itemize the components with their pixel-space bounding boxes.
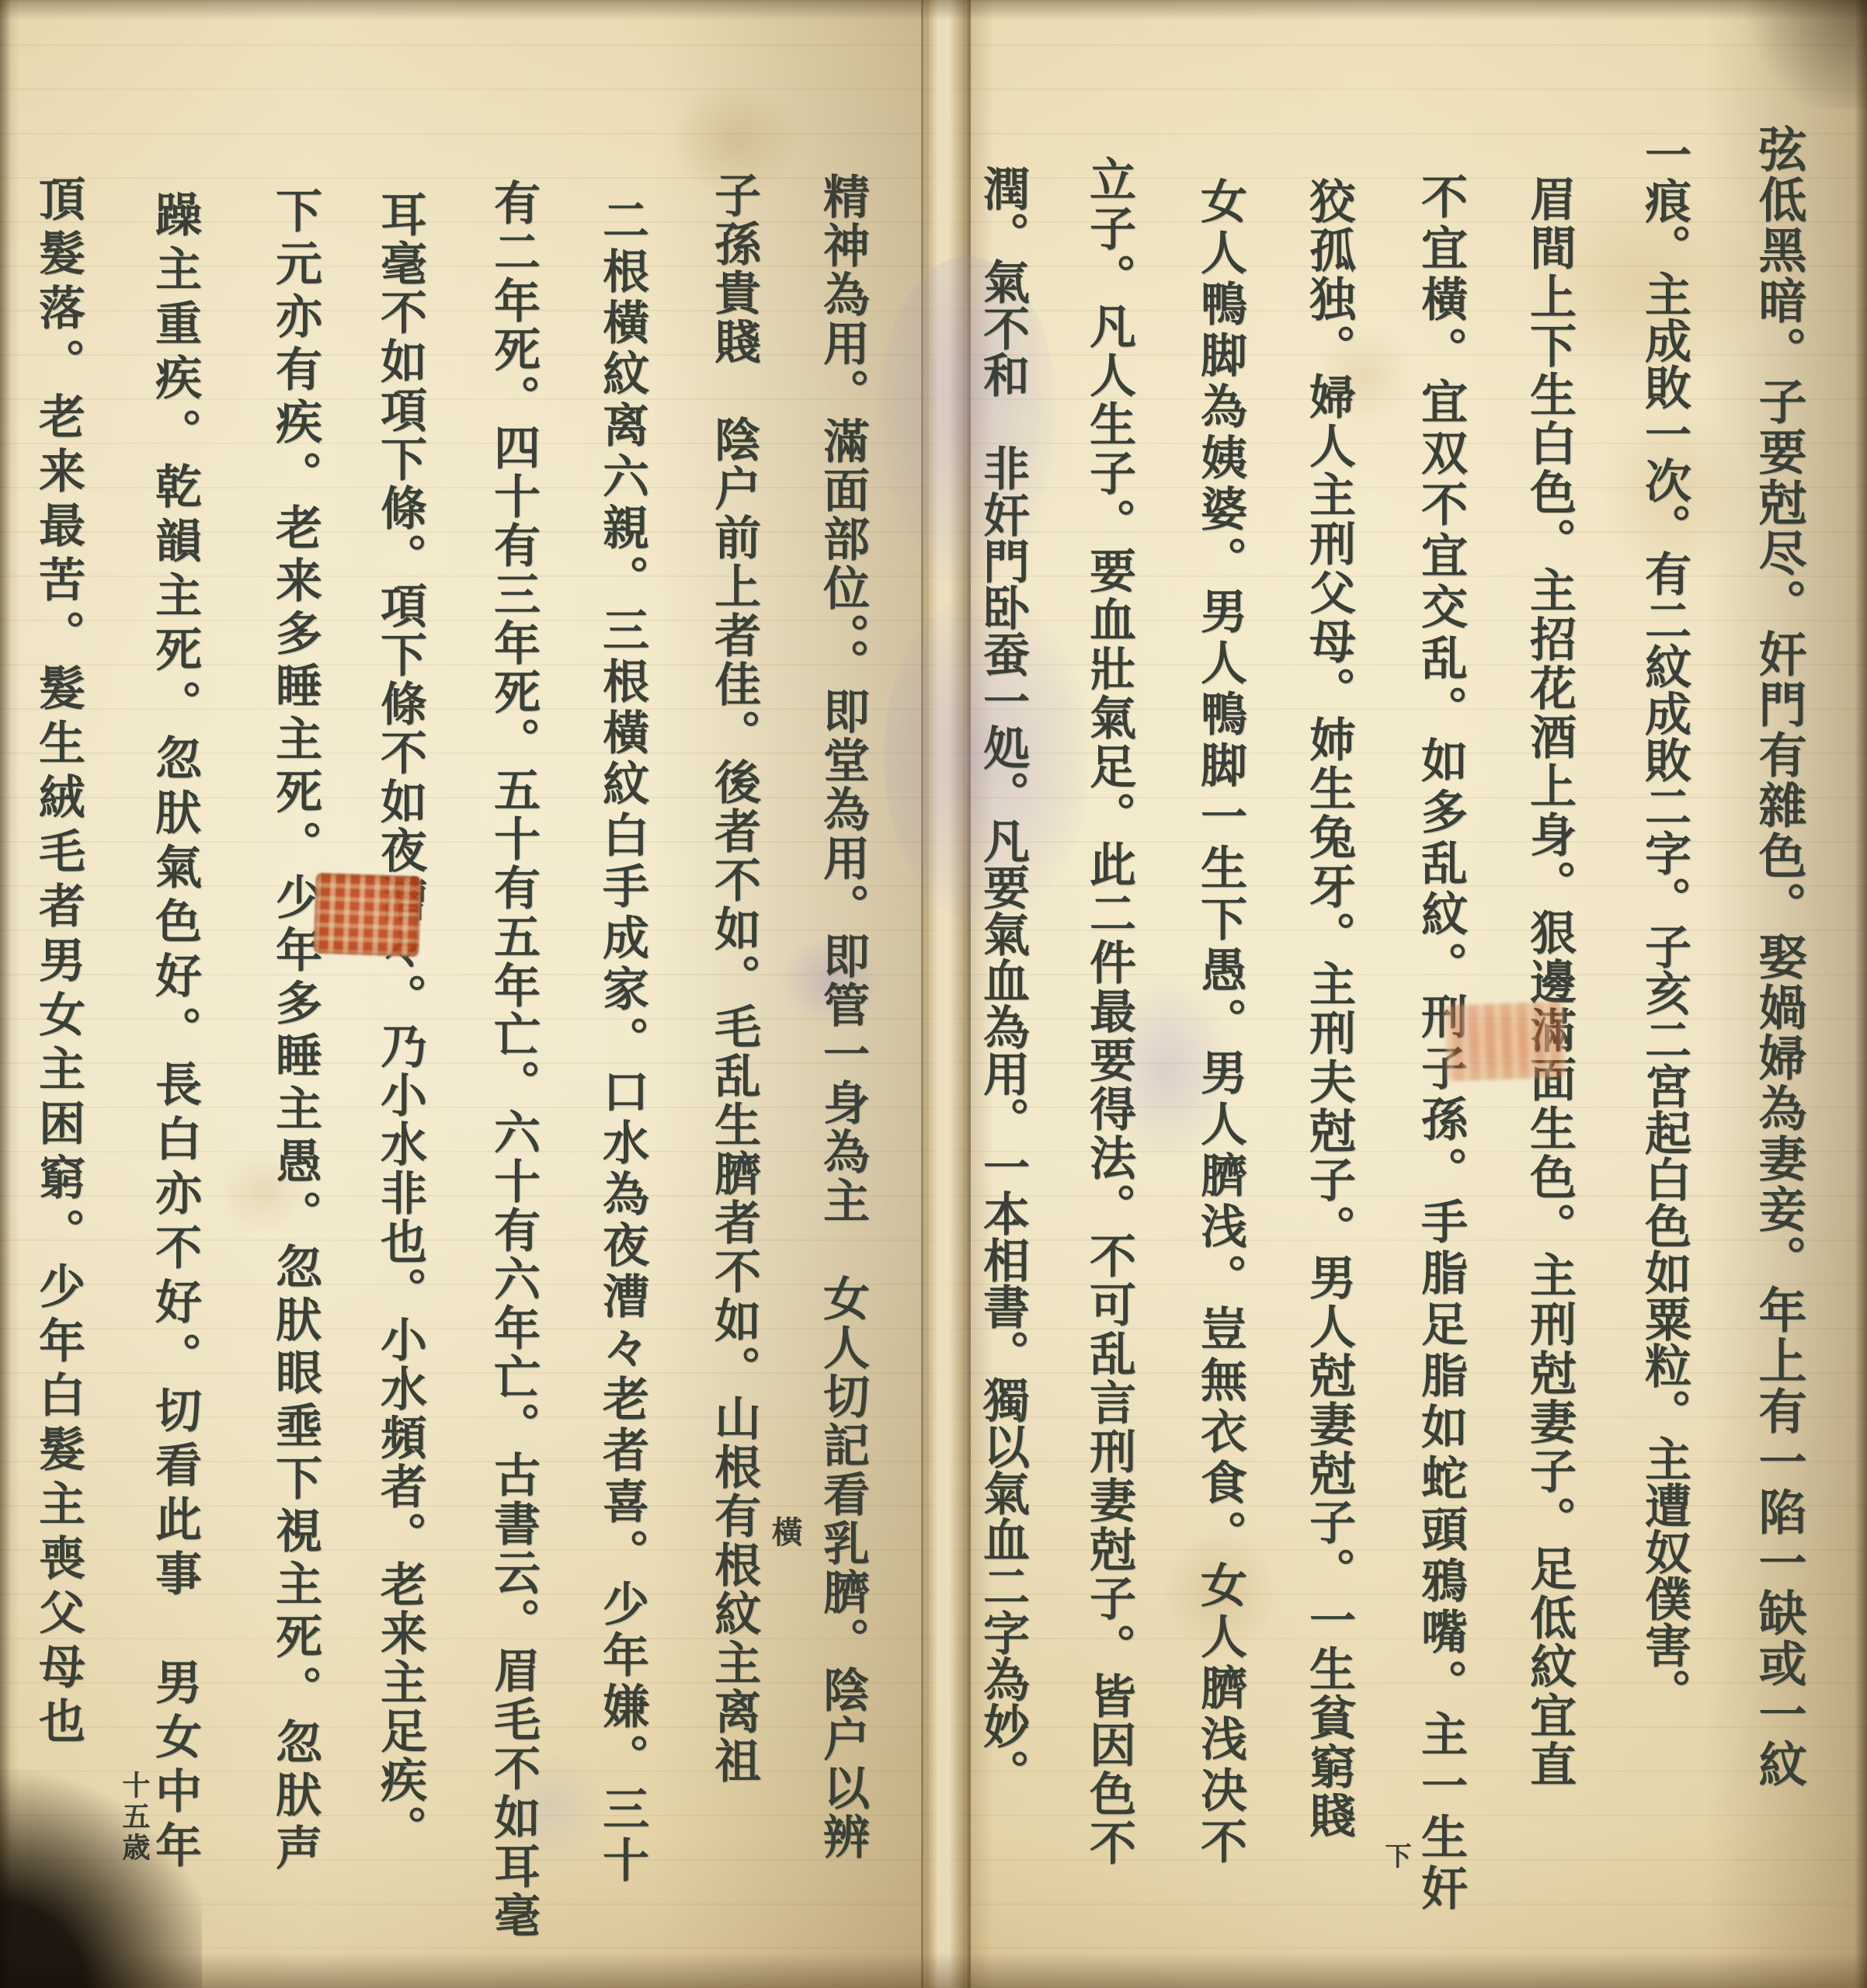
red-seal-stamp <box>313 873 422 958</box>
text-column-left-4: 有二年死。四十有三年死。五十有五年亡。六十有六年亡。古書云。眉毛不如耳毫 <box>495 179 547 1940</box>
page-edge-shadow <box>1727 0 1867 109</box>
manuscript-photo: 弦低黑暗。子要尅尽。奸門有雜色。娶媧婦為妻妾。年上有一陷一缺或一紋 一痕。主成敗… <box>0 0 1867 1988</box>
page-edge-shadow <box>0 1952 1867 1988</box>
text-column-left-5: 耳毫不如項下條。項下條不如夜漕々。乃小水非也。小水頻者。老来主足疾。 <box>382 190 433 1854</box>
text-column-left-7: 躁主重疾。乾韻主死。忽肰氣色好。長白亦不好。切看此事 男女中年 <box>157 190 208 1875</box>
text-column-right-1: 弦低黑暗。子要尅尽。奸門有雜色。娶媧婦為妻妾。年上有一陷一缺或一紋 <box>1761 124 1813 1790</box>
page-edge-shadow <box>1855 0 1867 1988</box>
page-edge-shadow <box>0 0 11 1988</box>
text-column-left-3: 二根橫紋离六親。三根橫紋白手成家。口水為夜漕々老者喜。少年嫌。三十 <box>604 196 655 1887</box>
page-edge-shadow <box>0 0 1867 20</box>
text-column-left-8: 頂髮落。老来最苦。髮生絨毛者男女主困窮。少年白髮主喪父母也 <box>40 175 92 1751</box>
text-column-right-3: 眉間上下生白色。主招花酒上身。狠邊滿面生色。主刑尅妻子。足低紋宜直 <box>1531 175 1583 1789</box>
text-column-right-5: 狡孤独。婦人主刑父母。姉生兔牙。主刑夫尅子。男人尅妻尅子。一生貧窮賤 <box>1311 177 1362 1840</box>
text-column-left-2: 子孫貴賤 陰户前上者佳。後者不如。毛乱生臍者不如。山根有根紋主离祖 <box>716 171 767 1785</box>
text-column-right-8: 潤。氣不和 非奸門卧蚕一処。凡要氣血為用。一本相書。獨以氣血二字為妙。 <box>985 165 1036 1795</box>
red-seal-stamp <box>1445 1001 1565 1081</box>
interlinear-note: 下 <box>1376 1842 1414 1868</box>
text-column-right-2: 一痕。主成敗一次。有二紋成敗二字。子亥二宮起白色如粟粒。主遭奴僕害。 <box>1646 130 1698 1715</box>
text-column-right-6: 女人鴨脚為姨婆。男人鴨脚一生下愚。男人臍浅。豈無衣食。女人臍浅决不 <box>1202 177 1253 1868</box>
curled-corner-shadow <box>0 1732 202 1988</box>
interlinear-note: 橫 <box>763 1516 807 1547</box>
text-column-left-1: 精神為用。滿面部位。。即堂為用。即管一身為主 女人切記看乳臍。陰户以辨 <box>825 172 876 1861</box>
text-column-right-7: 立子。凡人生子。要血壯氣足。此二件最要得法。不可乱言刑妻尅子。皆因色不 <box>1091 155 1142 1868</box>
text-column-left-6: 下元亦有疾。老来多睡主死。少年多睡主愚。忽肰眼埀下視主死。忽肰声 <box>277 186 329 1876</box>
